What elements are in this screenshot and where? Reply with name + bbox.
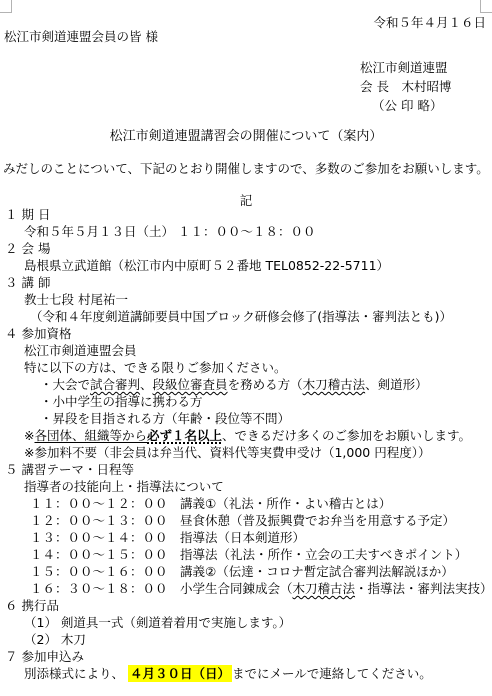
text-run: 、剣道形）: [365, 377, 428, 392]
document-body: １ 期 日令和５年５月１３日（土） １１：００～１８：００２ 会 場島根県立武道…: [0, 206, 492, 682]
text-run: ５ 講習テーマ・日程等: [5, 462, 134, 477]
wavy-underline-run: 段級位審査員: [153, 377, 228, 392]
doc-line: ６ 携行品: [0, 597, 492, 614]
doc-line: 島根県立武道館（松江市内中原町５２番地 TEL0852-22-5711）: [0, 257, 492, 274]
text-run: 特に以下の方は、できる限りご参加ください。: [24, 360, 287, 375]
text-run: 島根県立武道館（松江市内中原町５２番地 TEL0852-22-5711）: [24, 258, 389, 273]
text-run: ４ 参加資格: [5, 326, 71, 341]
text-run: １２：００～１３：００ 昼食休憩（普及振興費でお弁当を用意する予定）: [30, 513, 455, 528]
doc-line: （令和４年度剣道講師要員中国ブロック研修会修了(指導法・審判法とも)）: [0, 308, 492, 325]
text-run: 、: [140, 377, 153, 392]
text-run: 教士七段 村尾祐一: [24, 292, 128, 307]
text-run: 別添様式により、: [24, 666, 128, 681]
corner-mark-top-left: [0, 0, 12, 13]
doc-line: ４ 参加資格: [0, 325, 492, 342]
text-run: 指導者の技能向上・指導法について: [24, 479, 224, 494]
doc-line: 特に以下の方は、できる限りご参加ください。: [0, 359, 492, 376]
doc-line: （1） 剣道具一式（剣道着着用で実施します。）: [0, 614, 492, 631]
text-run: ・昇段を目指される方（年齢・段位等不問）: [40, 411, 290, 426]
doc-line: 令和５年５月１３日（土） １１：００～１８：００: [0, 223, 492, 240]
wavy-underline-run: 木刀稽古法: [303, 377, 366, 392]
sender-president: 会 長 木村昭博: [360, 77, 451, 96]
doc-line: ２ 会 場: [0, 240, 492, 257]
text-run: 令和５年５月１３日（土） １１：００～１８：００: [24, 224, 315, 239]
intro-paragraph: みだしのことについて、下記のとおり開催しますので、多数のご参加をお願いします。: [3, 159, 489, 177]
doc-line: 指導者の技能向上・指導法について: [0, 478, 492, 495]
doc-line: １１：００～１２：００ 講義①（礼法・所作・よい稽古とは）: [0, 495, 492, 512]
text-run: ※参加料不要（非会員は弁当代、資料代等実費申受け（1,000 円程度））: [24, 445, 430, 460]
doc-line: ・大会で試合審判、段級位審査員を務める方（木刀稽古法、剣道形）: [0, 376, 492, 393]
doc-line: ※参加料不要（非会員は弁当代、資料代等実費申受け（1,000 円程度））: [0, 444, 492, 461]
doc-line: ・小中学生の指導に携わる方: [0, 393, 492, 410]
text-run: ６ 携行品: [5, 598, 59, 613]
text-run: １３：００～１４：００ 指導法（日本剣道形）: [30, 530, 305, 545]
wavy-underline-run: 試合審判: [90, 377, 140, 392]
doc-line: ５ 講習テーマ・日程等: [0, 461, 492, 478]
doc-line: ※各団体、組織等から必ず１名以上、できるだけ多くのご参加をお願いします。: [0, 427, 492, 444]
text-run: １ 期 日: [5, 207, 50, 222]
sender-block: 松江市剣道連盟 会 長 木村昭博 （公 印 略）: [360, 58, 451, 115]
text-run: （2） 木刀: [24, 632, 86, 647]
bold-dotted-underline-run: 必ず１名以上: [147, 428, 222, 443]
doc-line: １ 期 日: [0, 206, 492, 223]
highlight-run: ４月３０日（日）: [128, 665, 232, 682]
doc-line: １５：００～１６：００ 講義②（伝達・コロナ暫定試合審判法解説ほか）: [0, 563, 492, 580]
sender-organization: 松江市剣道連盟: [360, 58, 451, 77]
text-run: １６：３０～１８：００ 小学生合同錬成会（: [30, 581, 293, 596]
corner-mark-top-right: [480, 0, 492, 13]
text-run: 、できるだけ多くのご参加をお願いします。: [222, 428, 471, 443]
doc-line: ・昇段を目指される方（年齢・段位等不問）: [0, 410, 492, 427]
text-run: ３ 講 師: [5, 275, 50, 290]
text-run: １４：００～１５：００ 指導法（礼法・所作・立会の工夫すべきポイント）: [30, 547, 467, 562]
text-run: ・指導法・審判法実技）: [355, 581, 492, 596]
text-run: ※: [24, 428, 34, 443]
doc-line: １６：３０～１８：００ 小学生合同錬成会（木刀稽古法・指導法・審判法実技）: [0, 580, 492, 597]
doc-line: １４：００～１５：００ 指導法（礼法・所作・立会の工夫すべきポイント）: [0, 546, 492, 563]
underline-run: 各団体、組織等から: [34, 428, 147, 443]
doc-line: （2） 木刀: [0, 631, 492, 648]
document-title: 松江市剣道連盟講習会の開催について（案内）: [0, 125, 492, 144]
text-run: を務める方（: [228, 377, 303, 392]
text-run: （令和４年度剣道講師要員中国ブロック研修会修了(指導法・審判法とも)）: [30, 309, 452, 324]
text-run: ・小中学生の指導に携わる方: [40, 394, 203, 409]
doc-line: 別添様式により、 ４月３０日（日）までにメールで連絡してください。: [0, 665, 492, 682]
doc-line: ７ 参加申込み: [0, 648, 492, 665]
doc-line: 教士七段 村尾祐一: [0, 291, 492, 308]
text-run: ２ 会 場: [5, 241, 50, 256]
doc-line: ３ 講 師: [0, 274, 492, 291]
addressee: 松江市剣道連盟会員の皆 様: [4, 27, 158, 45]
doc-line: 松江市剣道連盟会員: [0, 342, 492, 359]
text-run: ７ 参加申込み: [5, 649, 84, 664]
doc-line: １２：００～１３：００ 昼食休憩（普及振興費でお弁当を用意する予定）: [0, 512, 492, 529]
text-run: までにメールで連絡してください。: [232, 666, 432, 681]
letter-page: 令和５年４月１６日 松江市剣道連盟会員の皆 様 松江市剣道連盟 会 長 木村昭博…: [0, 0, 492, 696]
text-run: 松江市剣道連盟会員: [24, 343, 137, 358]
sender-seal-note: （公 印 略）: [360, 96, 451, 115]
text-run: （1） 剣道具一式（剣道着着用で実施します。）: [24, 615, 291, 630]
text-run: １５：００～１６：００ 講義②（伝達・コロナ暫定試合審判法解説ほか）: [30, 564, 454, 579]
wavy-underline-run: 木刀稽古法: [293, 581, 356, 596]
text-run: １１：００～１２：００ 講義①（礼法・所作・よい稽古とは）: [30, 496, 391, 511]
doc-line: １３：００～１４：００ 指導法（日本剣道形）: [0, 529, 492, 546]
text-run: ・大会で: [40, 377, 90, 392]
